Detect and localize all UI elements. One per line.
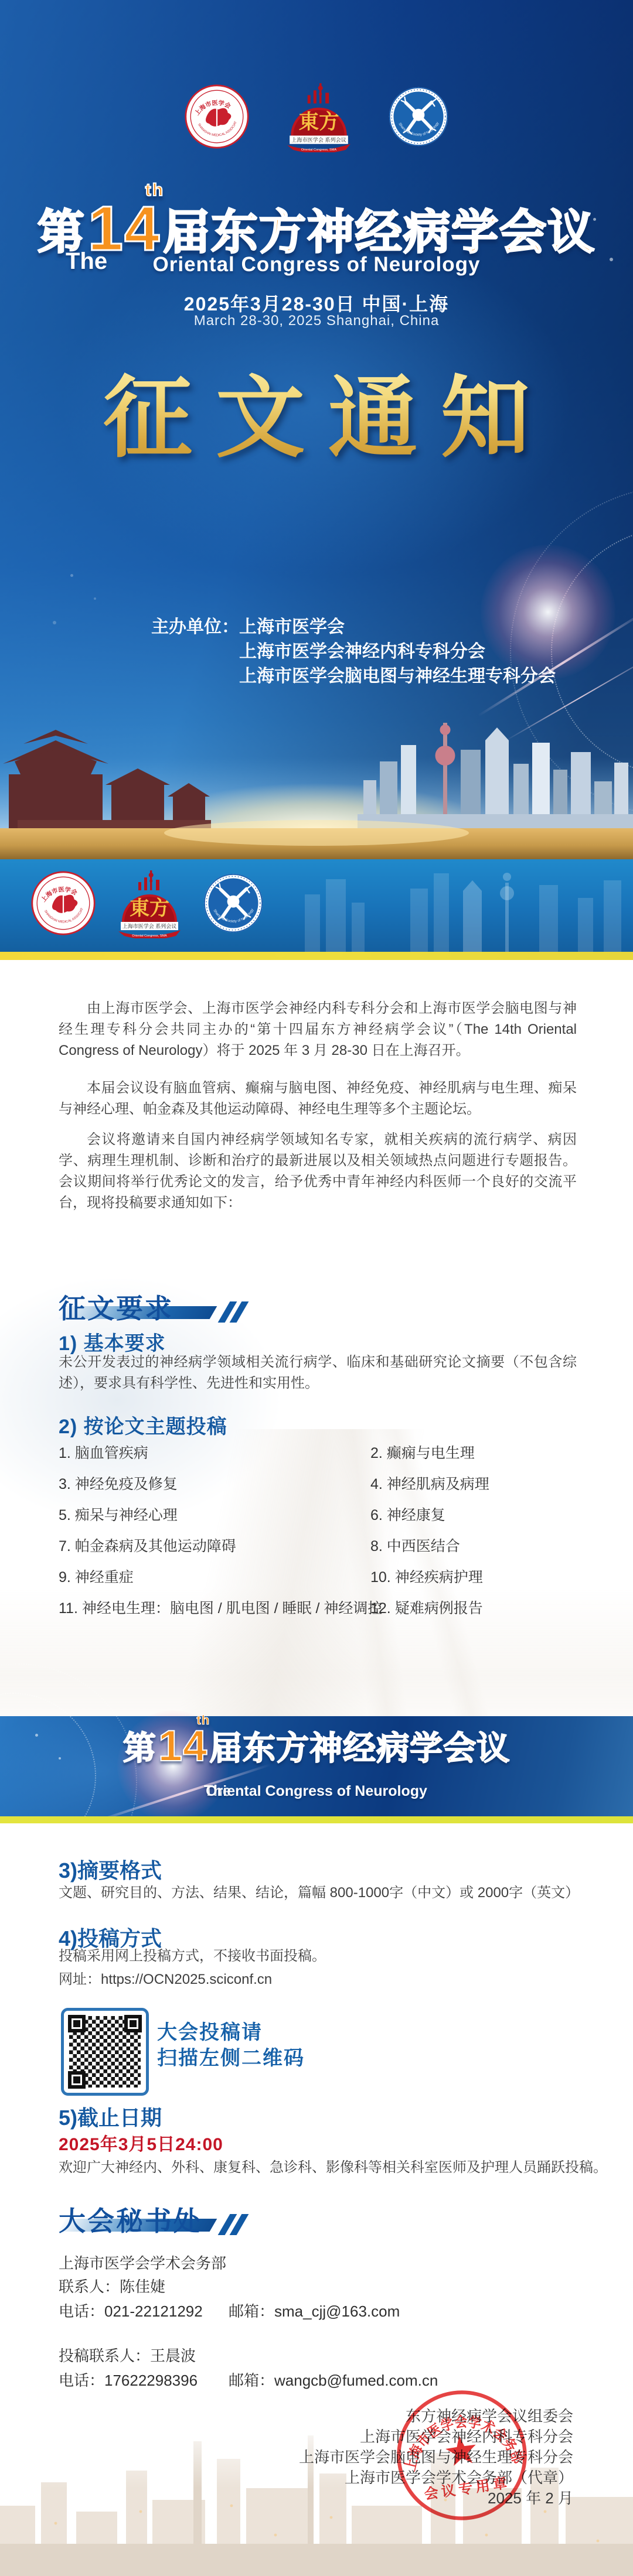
organizer-line: 上海市医学会神经内科专科分会: [151, 640, 556, 664]
submission-qr-code: [61, 2008, 149, 2096]
neurology-society-logo: Shanghai Society of Neurology: [203, 873, 264, 934]
organizer-item: 上海市医学会脑电图与神经生理专科分会: [239, 667, 556, 686]
title-number: 14: [88, 200, 161, 256]
title-prefix: 第: [123, 1732, 156, 1765]
topic-item: 9. 神经重症: [59, 1566, 370, 1587]
title-th-sup: th: [145, 180, 164, 200]
topic-item: 3. 神经免疫及修复: [59, 1473, 370, 1494]
notice-title: 征文通知: [0, 347, 633, 474]
secretariat-contact-2: 投稿联系人：王晨波: [59, 2344, 196, 2366]
yellow-divider-stripe: [0, 1816, 633, 1823]
abstract-format-body: 文题、研究目的、方法、结果、结论，篇幅 800-1000字（中文）或 2000字…: [59, 1883, 586, 1904]
mid-title-en: Oriental Congress of Neurology: [0, 1783, 633, 1800]
seal-label-text: 会议专用章: [423, 2475, 511, 2503]
organizer-line: 主办单位：上海市医学会: [151, 615, 556, 640]
topic-item: 5. 痴呆与神经心理: [59, 1504, 370, 1525]
deadline-date: 2025年3月5日24:00: [59, 2130, 223, 2155]
url-label: 网址：: [59, 1972, 101, 1987]
shanghai-cityscape-graphic: [0, 686, 633, 859]
submission-url-link[interactable]: https://OCN2025.sciconf.cn: [101, 1972, 272, 1987]
topic-item: 12. 疑难病例报告: [370, 1597, 598, 1618]
abstract-format-label: 3)摘要格式: [59, 1854, 162, 1884]
oriental-congress-logo: 東方 上海市医学会 系列会议 Oriental Congress, SMA: [109, 868, 190, 938]
topic-item: 10. 神经疾病护理: [370, 1566, 598, 1587]
intro-paragraph-2: 本届会议设有脑血管病、癫痫与脑电图、神经免疫、神经肌病与电生理、痴呆与神经心理、…: [59, 1078, 577, 1120]
secretariat-phone-1: 电话：021-22121292: [59, 2302, 203, 2320]
secretariat-phone-2: 电话：17622298396: [59, 2372, 198, 2389]
oriental-congress-logo: 東方 上海市医学会 系列会议 Oriental Congress, SMA: [278, 81, 360, 152]
qr-caption-line: 大会投稿请: [157, 2020, 305, 2045]
topic-item: 1. 脑血管疾病: [59, 1441, 370, 1463]
secretariat-dept: 上海市医学会学术会务部: [59, 2252, 226, 2273]
topic-item: 7. 帕金森病及其他运动障碍: [59, 1535, 370, 1556]
dongfang-logo-subtext-en: Oriental Congress, SMA: [132, 934, 167, 938]
dongfang-logo-subtext-en: Oriental Congress, SMA: [301, 148, 336, 152]
dot-icon: [70, 574, 73, 577]
dongfang-logo-subtext: 上海市医学会 系列会议: [291, 136, 346, 143]
secretariat-email-1: 邮箱：sma_cjj@163.com: [229, 2300, 400, 2321]
title-number: 14: [158, 1727, 207, 1765]
secretariat-contact-1: 联系人：陈佳婕: [59, 2275, 165, 2297]
organizer-item: 上海市医学会神经内科专科分会: [239, 642, 485, 661]
organizer-label: 主办单位：: [151, 617, 239, 637]
dongfang-logo-text: 東方: [298, 111, 339, 133]
qr-finder-icon: [68, 2071, 86, 2089]
date-line-en: March 28-30, 2025 Shanghai, China: [0, 313, 633, 329]
qr-finder-icon: [124, 2015, 142, 2032]
section-heading-text: 大会秘书处: [59, 2200, 202, 2239]
title-en: Oriental Congress of Neurology: [0, 253, 633, 276]
title-th-sup: th: [196, 1713, 210, 1728]
requirement-1-body: 未公开发表过的神经病学领域相关流行病学、临床和基础研究论文摘要（不包含综述），要…: [59, 1352, 577, 1394]
intro-paragraph-3: 会议将邀请来自国内神经病学领域知名专家，就相关疾病的流行病学、病因学、病理生理机…: [59, 1129, 577, 1214]
section-heading-secretariat: 大会秘书处: [59, 2200, 202, 2237]
mid-banner-title: 第th14届东方神经病学会议: [0, 1727, 633, 1765]
yellow-divider-stripe: [0, 952, 633, 960]
call-for-papers-poster: 上海市医学会 SHANGHAI MEDICAL ASSOCIATION: [0, 0, 633, 2576]
organizer-line: 上海市医学会脑电图与神经生理专科分会: [151, 664, 556, 689]
title-suffix: 届东方神经病学会议: [209, 1732, 510, 1765]
dot-icon: [94, 597, 96, 600]
deadline-welcome-text: 欢迎广大神经内、外科、康复科、急诊科、影像科等相关科室医师及护理人员踊跃投稿。: [59, 2155, 598, 2176]
secretariat-email-2: 邮箱：wangcb@fumed.com.cn: [229, 2369, 438, 2390]
organizer-logos-row-2: 上海市医学会 SHANGHAI MEDICAL ASSOCIATION 東方: [30, 868, 264, 938]
topic-list: 1. 脑血管疾病 2. 癫痫与电生理 3. 神经免疫及修复 4. 神经肌病及病理…: [59, 1436, 598, 1622]
dongfang-logo-subtext: 上海市医学会 系列会议: [122, 923, 177, 930]
organizer-logos-row: 上海市医学会 SHANGHAI MEDICAL ASSOCIATION: [0, 81, 633, 152]
topic-item: 4. 神经肌病及病理: [370, 1473, 598, 1494]
dot-icon: [53, 621, 56, 624]
submission-url-line: 网址：https://OCN2025.sciconf.cn: [59, 1969, 586, 1990]
deadline-label: 5)截止日期: [59, 2102, 162, 2131]
neurology-society-logo: Shanghai Society of Neurology: [388, 86, 449, 147]
organizer-item: 上海市医学会: [239, 617, 345, 637]
congress-title: 第th14届东方神经病学会议: [0, 200, 633, 256]
qr-caption: 大会投稿请 扫描左侧二维码: [157, 2020, 305, 2071]
section-heading-text: 征文要求: [59, 1287, 173, 1326]
title-suffix: 届东方神经病学会议: [163, 209, 595, 256]
qr-caption-line: 扫描左侧二维码: [157, 2045, 305, 2071]
submission-method-body: 投稿采用网上投稿方式，不接收书面投稿。: [59, 1946, 586, 1967]
requirement-2-label: 2) 按论文主题投稿: [59, 1410, 227, 1439]
qr-pattern: [69, 2016, 141, 2088]
topic-item: 2. 癫痫与电生理: [370, 1441, 598, 1463]
seal-star-icon: [444, 2434, 478, 2466]
shanghai-medical-association-logo: 上海市医学会 SHANGHAI MEDICAL ASSOCIATION: [30, 870, 96, 936]
topic-item: 11. 神经电生理：脑电图 / 肌电图 / 睡眠 / 神经调控: [59, 1597, 370, 1618]
intro-paragraph-1: 由上海市医学会、上海市医学会神经内科专科分会和上海市医学会脑电图与神经生理专科分…: [59, 998, 577, 1061]
official-seal: 上海市医学会学术会务部 会议专用章: [385, 2379, 539, 2532]
topic-item: 6. 神经康复: [370, 1504, 598, 1525]
topic-item: 8. 中西医结合: [370, 1535, 598, 1556]
dongfang-logo-text: 東方: [130, 897, 169, 920]
shanghai-medical-association-logo: 上海市医学会 SHANGHAI MEDICAL ASSOCIATION: [184, 84, 250, 149]
qr-finder-icon: [68, 2015, 86, 2032]
section-heading-requirements: 征文要求: [59, 1287, 173, 1325]
secretariat-phone-email-1: 电话：021-22121292 邮箱：sma_cjj@163.com: [59, 2300, 598, 2321]
organizer-list: 主办单位：上海市医学会 上海市医学会神经内科专科分会 上海市医学会脑电图与神经生…: [151, 615, 556, 689]
